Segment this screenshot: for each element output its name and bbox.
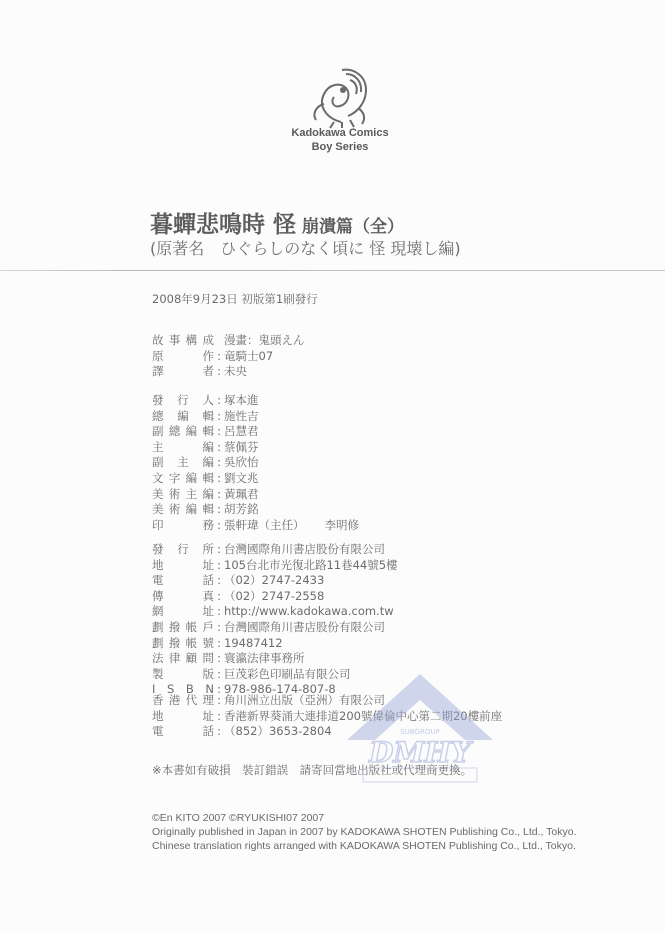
staff-value-extra: 李明修 — [325, 518, 360, 534]
colon: : — [214, 409, 224, 425]
hk-agent-value: （852）3653-2804 — [224, 724, 332, 740]
colon: : — [214, 487, 224, 503]
book-title: 暮蟬悲鳴時 怪崩潰篇（全） — [150, 206, 404, 239]
staff-label: 美術主編 — [152, 487, 214, 503]
staff-label: 副總編輯 — [152, 424, 214, 440]
staff-label: 印 務 — [152, 518, 214, 534]
publisher-value: 台灣國際角川書店股份有限公司 — [224, 620, 385, 636]
hk-agent-label: 香港代理 — [152, 693, 214, 709]
colon: : — [214, 573, 224, 589]
publisher-label: 地 址 — [152, 558, 214, 574]
hk-agent-label: 電 話 — [152, 724, 214, 740]
colon: : — [214, 620, 224, 636]
book-title-main: 暮蟬悲鳴時 怪 — [150, 212, 296, 238]
colon: : — [214, 693, 224, 709]
staff-row: 印 務:張軒瑋（主任）李明修 — [152, 518, 359, 534]
publisher-row: 劃撥帳戶:台灣國際角川書店股份有限公司 — [152, 620, 398, 636]
credit-row: 故事構成 漫畫：鬼頭えん — [152, 333, 305, 349]
damage-notice: ※本書如有破損 裝訂錯誤 請寄回當地出版社或代理商更換。 — [152, 763, 472, 779]
colon: : — [214, 502, 224, 518]
staff-value: 劉文兆 — [224, 471, 259, 487]
staff-row: 總 編 輯:施性吉 — [152, 409, 359, 425]
colon: : — [214, 724, 224, 740]
publisher-row: 地 址:105台北市光復北路11巷44號5樓 — [152, 558, 398, 574]
credit-label: 故事構成 — [152, 333, 214, 349]
edition-line: 2008年9月23日 初版第1刷發行 — [152, 292, 318, 308]
original-title: (原著名 ひぐらしのなく頃に 怪 現壊し編) — [150, 236, 461, 259]
hk-agent-value: 角川洲立出版（亞洲）有限公司 — [224, 693, 385, 709]
publisher-value: 19487412 — [224, 636, 283, 652]
staff-row: 美術主編:黃珮君 — [152, 487, 359, 503]
publisher-row: 網 址:http://www.kadokawa.com.tw — [152, 604, 398, 620]
colon: : — [214, 589, 224, 605]
publisher-label: 法律顧問 — [152, 651, 214, 667]
colon: : — [214, 455, 224, 471]
staff-label: 總 編 輯 — [152, 409, 214, 425]
credit-label: 譯 者 — [152, 364, 214, 380]
staff-row: 主 編:蔡佩芬 — [152, 440, 359, 456]
copyright-block: ©En KITO 2007 ©RYUKISHI07 2007 Originall… — [152, 811, 577, 853]
colon: : — [214, 651, 224, 667]
staff-value: 施性吉 — [224, 409, 259, 425]
publisher-label: 發 行 所 — [152, 542, 214, 558]
copyright-line-1: ©En KITO 2007 ©RYUKISHI07 2007 — [152, 811, 577, 825]
credits-list: 故事構成 漫畫：鬼頭えん 原 作 : 竜騎士07 譯 者 : 未央 — [152, 333, 305, 380]
colon: : — [214, 440, 224, 456]
staff-label: 主 編 — [152, 440, 214, 456]
staff-label: 副 主 編 — [152, 455, 214, 471]
publisher-website: http://www.kadokawa.com.tw — [224, 604, 394, 620]
book-title-sub: 崩潰篇（全） — [302, 217, 404, 237]
spacer — [214, 333, 224, 349]
publisher-value: （02）2747-2433 — [224, 573, 324, 589]
staff-row: 發 行 人:塚本進 — [152, 393, 359, 409]
colon: : — [214, 542, 224, 558]
hk-agent-value: 香港新界葵涌大連排道200號偉倫中心第二期20樓前座 — [224, 709, 502, 725]
publisher-value: 寰瀛法律事務所 — [224, 651, 305, 667]
colon: : — [214, 349, 224, 365]
colon: : — [214, 636, 224, 652]
staff-row: 副總編輯:呂慧君 — [152, 424, 359, 440]
staff-row: 美術編輯:胡芳銘 — [152, 502, 359, 518]
publisher-label: 劃撥帳號 — [152, 636, 214, 652]
copyright-line-2: Originally published in Japan in 2007 by… — [152, 825, 577, 839]
colon: : — [214, 667, 224, 683]
credit-value: 竜騎士07 — [224, 349, 273, 365]
staff-value: 吳欣怡 — [224, 455, 259, 471]
hk-agent-row: 地 址:香港新界葵涌大連排道200號偉倫中心第二期20樓前座 — [152, 709, 502, 725]
colon: : — [214, 471, 224, 487]
publisher-label: 製 版 — [152, 667, 214, 683]
publisher-row: 電 話:（02）2747-2433 — [152, 573, 398, 589]
publisher-row: 製 版:巨茂彩色印刷品有限公司 — [152, 667, 398, 683]
publisher-label: 劃撥帳戶 — [152, 620, 214, 636]
publisher-row: 發 行 所:台灣國際角川書店股份有限公司 — [152, 542, 398, 558]
colon: : — [214, 393, 224, 409]
publisher-label: 傳 真 — [152, 589, 214, 605]
publisher-row: 傳 真:（02）2747-2558 — [152, 589, 398, 605]
staff-value: 胡芳銘 — [224, 502, 259, 518]
credit-value: 未央 — [224, 364, 247, 380]
staff-value: 張軒瑋（主任） — [224, 518, 305, 534]
staff-value: 呂慧君 — [224, 424, 259, 440]
publisher-row: 劃撥帳號:19487412 — [152, 636, 398, 652]
staff-list: 發 行 人:塚本進 總 編 輯:施性吉 副總編輯:呂慧君 主 編:蔡佩芬 副 主… — [152, 393, 359, 533]
hk-agent-row: 香港代理:角川洲立出版（亞洲）有限公司 — [152, 693, 502, 709]
credit-row: 譯 者 : 未央 — [152, 364, 305, 380]
phoenix-logo-icon — [296, 60, 386, 130]
copyright-line-3: Chinese translation rights arranged with… — [152, 839, 577, 853]
colon: : — [214, 518, 224, 534]
colon: : — [214, 604, 224, 620]
divider — [0, 270, 665, 271]
staff-value: 蔡佩芬 — [224, 440, 259, 456]
staff-value: 黃珮君 — [224, 487, 259, 503]
staff-value: 塚本進 — [224, 393, 259, 409]
brand-line-1: Kadokawa Comics — [260, 126, 420, 140]
brand-line-2: Boy Series — [260, 140, 420, 154]
publisher-row: 法律顧問:寰瀛法律事務所 — [152, 651, 398, 667]
hk-agent-info: 香港代理:角川洲立出版（亞洲）有限公司 地 址:香港新界葵涌大連排道200號偉倫… — [152, 693, 502, 740]
credit-value: 漫畫：鬼頭えん — [224, 333, 305, 349]
colon: : — [214, 364, 224, 380]
publisher-value: 台灣國際角川書店股份有限公司 — [224, 542, 385, 558]
imprint-brand: Kadokawa Comics Boy Series — [260, 126, 420, 154]
staff-label: 發 行 人 — [152, 393, 214, 409]
credit-label: 原 作 — [152, 349, 214, 365]
publisher-value: 巨茂彩色印刷品有限公司 — [224, 667, 351, 683]
credit-row: 原 作 : 竜騎士07 — [152, 349, 305, 365]
staff-row: 副 主 編:吳欣怡 — [152, 455, 359, 471]
publisher-value: （02）2747-2558 — [224, 589, 324, 605]
staff-label: 美術編輯 — [152, 502, 214, 518]
colon: : — [214, 709, 224, 725]
staff-label: 文字編輯 — [152, 471, 214, 487]
publisher-value: 105台北市光復北路11巷44號5樓 — [224, 558, 398, 574]
hk-agent-label: 地 址 — [152, 709, 214, 725]
colon: : — [214, 424, 224, 440]
publisher-label: 網 址 — [152, 604, 214, 620]
hk-agent-row: 電 話:（852）3653-2804 — [152, 724, 502, 740]
staff-row: 文字編輯:劉文兆 — [152, 471, 359, 487]
colon: : — [214, 558, 224, 574]
publisher-info: 發 行 所:台灣國際角川書店股份有限公司 地 址:105台北市光復北路11巷44… — [152, 542, 398, 698]
publisher-label: 電 話 — [152, 573, 214, 589]
